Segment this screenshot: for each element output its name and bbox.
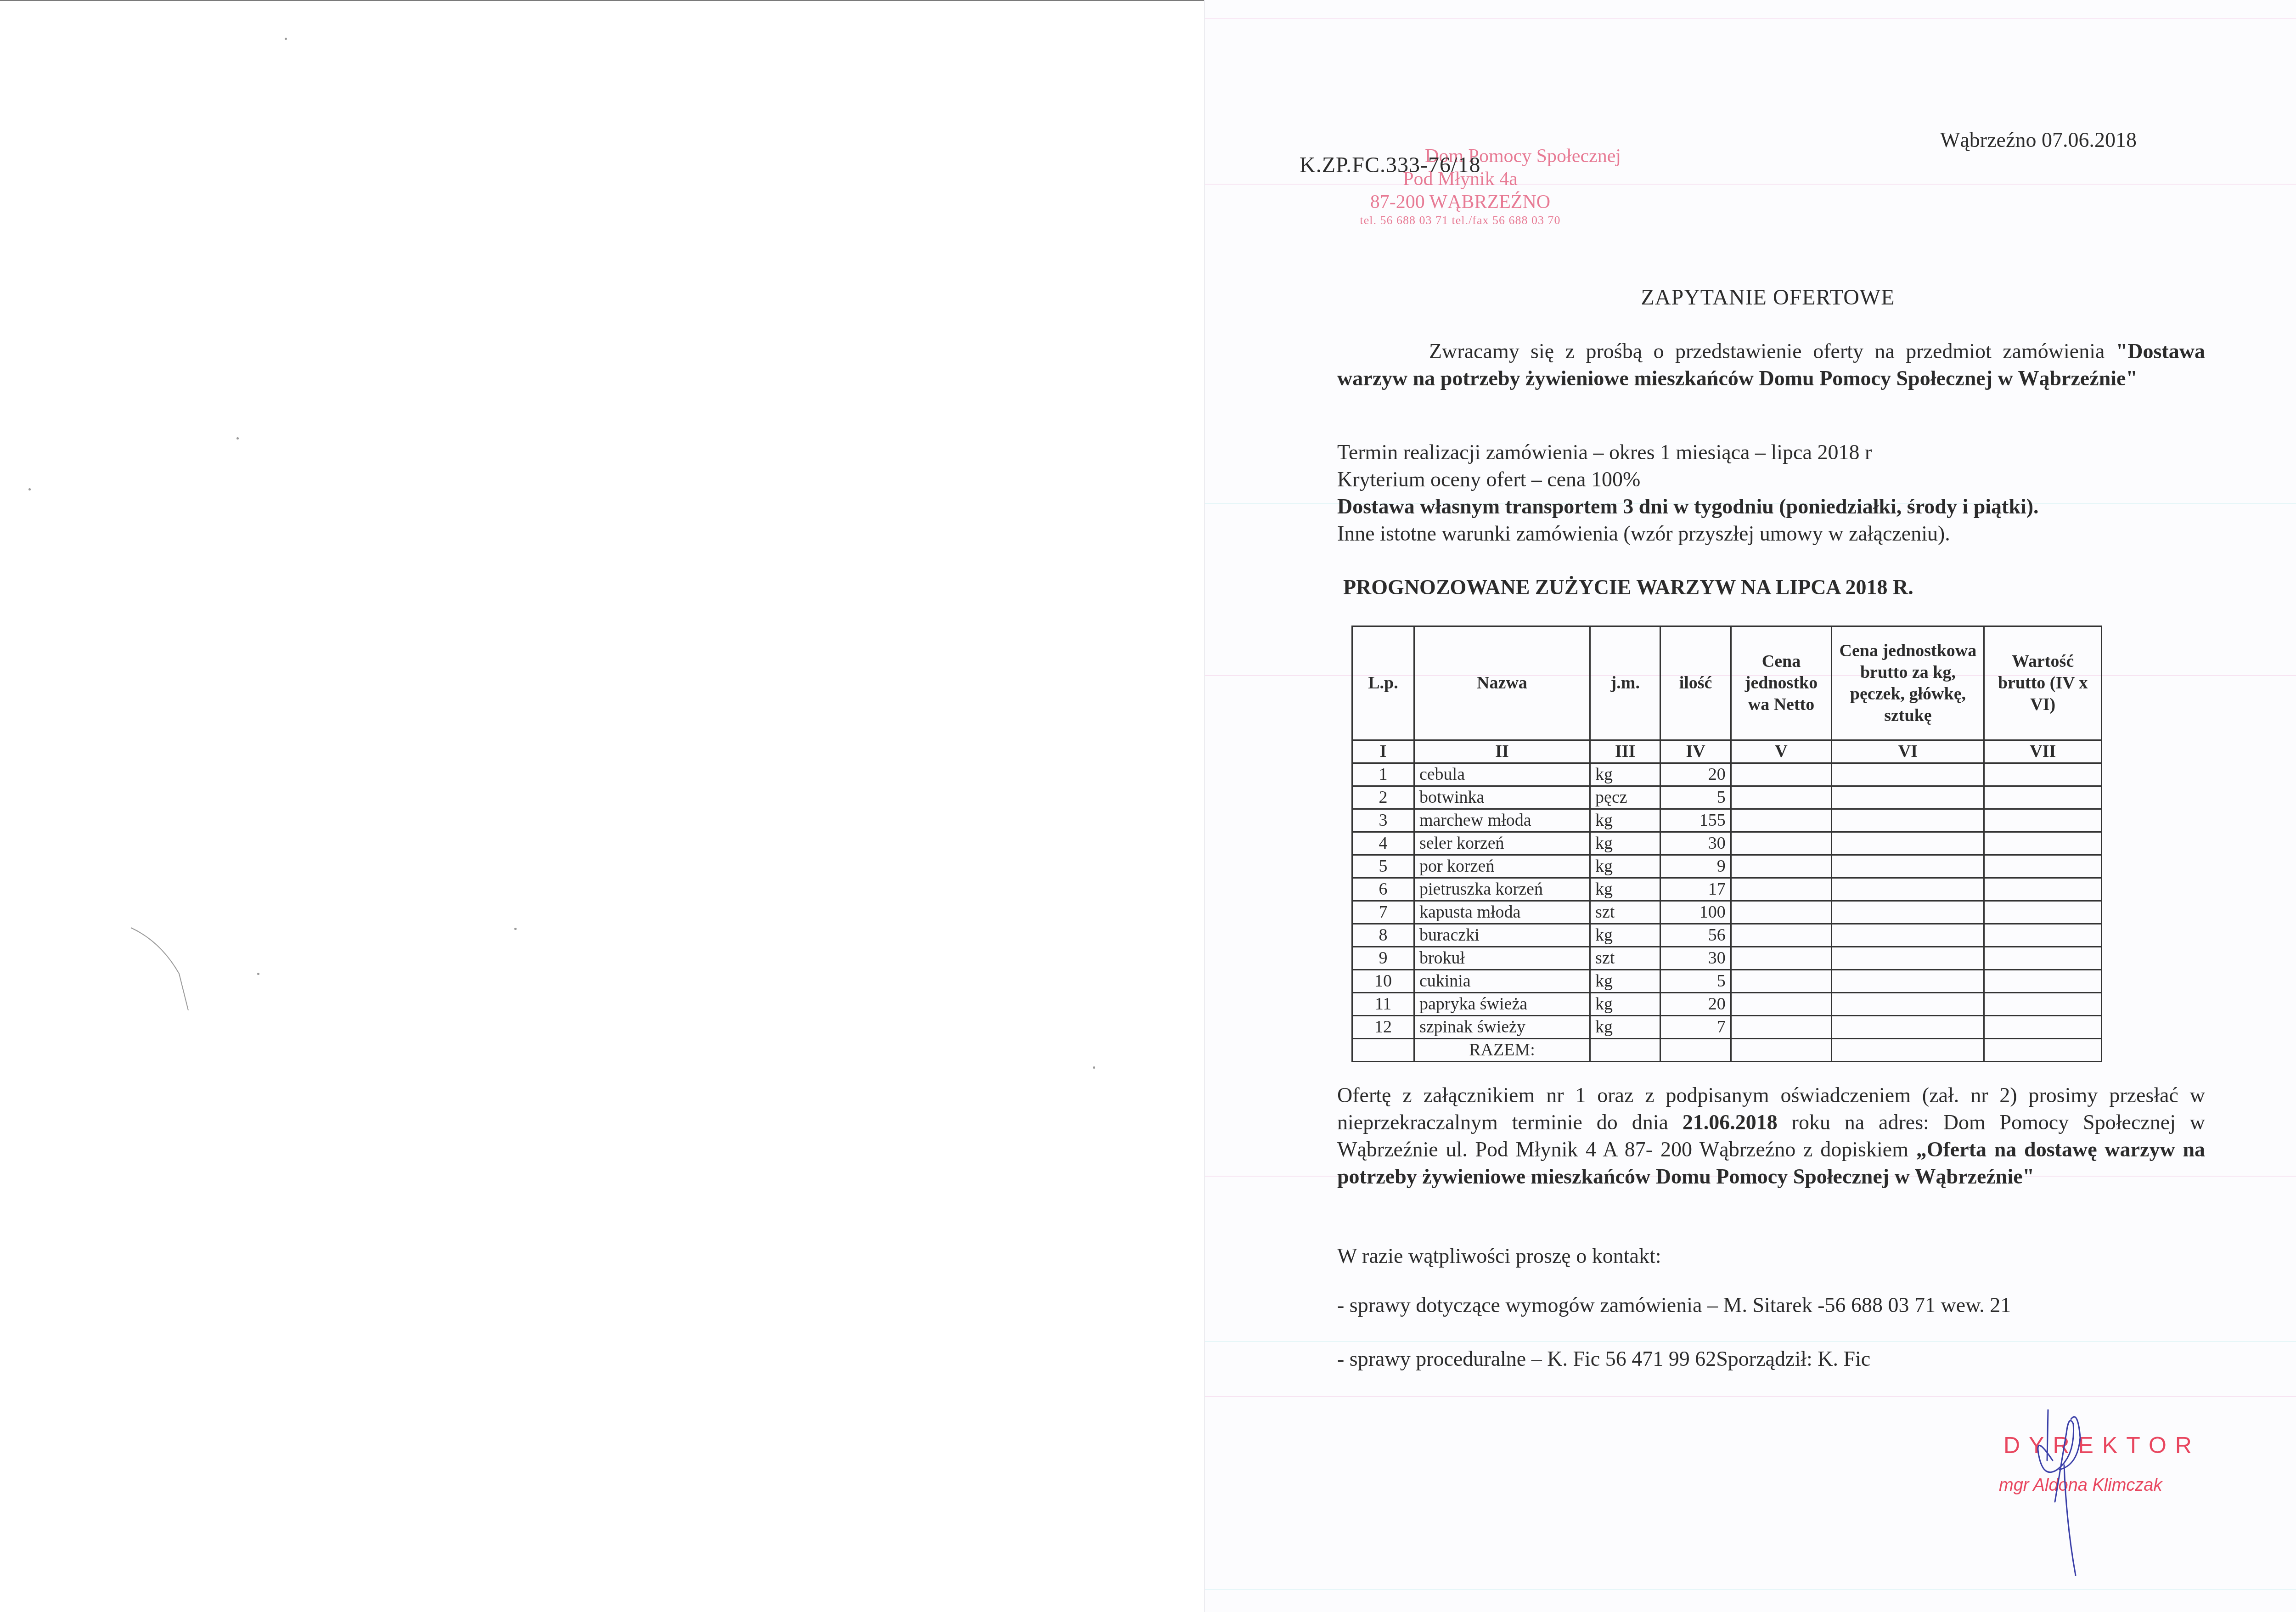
unit: kg [1590,993,1660,1016]
header-name: Nazwa [1414,626,1590,740]
gross-value [1984,901,2102,924]
roman-label: II [1414,740,1590,763]
gross-price [1832,878,1984,901]
table-row: 11papryka świeżakg20 [1352,993,2102,1016]
quantity: 155 [1660,809,1731,832]
net-price [1731,1016,1832,1039]
row-number: 5 [1352,855,1414,878]
vegetable-name: seler korzeń [1414,832,1590,855]
net-price [1731,832,1832,855]
table-row: 1cebulakg20 [1352,763,2102,786]
gross-value [1984,878,2102,901]
unit: kg [1590,970,1660,993]
contact-heading: W razie wątpliwości proszę o kontakt: [1337,1244,1661,1268]
table-row: 8buraczkikg56 [1352,924,2102,947]
gross-value [1984,947,2102,970]
header-qty: ilość [1660,626,1731,740]
gross-price [1832,901,1984,924]
gross-value [1984,832,2102,855]
unit: szt [1590,947,1660,970]
net-price [1731,786,1832,809]
order-terms: Termin realizacji zamówienia – okres 1 m… [1337,439,2039,547]
vegetable-name: pietruszka korzeń [1414,878,1590,901]
vegetable-name: marchew młoda [1414,809,1590,832]
page-edge [0,0,1204,1]
table-title: PROGNOZOWANE ZUŻYCIE WARZYW NA LIPCA 201… [1343,575,1913,599]
gross-price [1832,970,1984,993]
row-number: 9 [1352,947,1414,970]
unit: kg [1590,832,1660,855]
document-title: ZAPYTANIE OFERTOWE [1322,285,2213,310]
row-number: 3 [1352,809,1414,832]
stamp-phone: tel. 56 688 03 71 tel./fax 56 688 03 70 [1295,214,1626,227]
table-row: 6pietruszka korzeńkg17 [1352,878,2102,901]
header-gross-price: Cena jednostkowa brutto za kg, pęczek, g… [1832,626,1984,740]
gross-value [1984,786,2102,809]
net-price [1731,924,1832,947]
gross-price [1832,786,1984,809]
quantity: 20 [1660,763,1731,786]
gross-value [1984,763,2102,786]
net-price [1731,947,1832,970]
scan-speck [28,488,31,490]
quantity: 30 [1660,832,1731,855]
total-label: RAZEM: [1414,1039,1590,1062]
vegetable-name: cukinia [1414,970,1590,993]
reference-number: K.ZP.FC.333-76/18 [1300,152,1480,178]
term-deadline: Termin realizacji zamówienia – okres 1 m… [1337,439,2039,466]
roman-label: IV [1660,740,1731,763]
unit: pęcz [1590,786,1660,809]
roman-label: III [1590,740,1660,763]
net-price [1731,901,1832,924]
table-row: 4seler korzeńkg30 [1352,832,2102,855]
gross-price [1832,832,1984,855]
quantity: 100 [1660,901,1731,924]
place-date: Wąbrzeźno 07.06.2018 [1940,128,2137,152]
gross-value [1984,855,2102,878]
unit: kg [1590,924,1660,947]
row-number: 10 [1352,970,1414,993]
scan-smudge [129,923,211,1015]
gross-value [1984,970,2102,993]
blank-left-page [0,0,1205,1612]
gross-value [1984,1016,2102,1039]
table-row: 10cukiniakg5 [1352,970,2102,993]
table-roman-row: I II III IV V VI VII [1352,740,2102,763]
deadline-date: 21.06.2018 [1683,1110,1778,1134]
consumption-table: L.p. Nazwa j.m. ilość Cena jednostko wa … [1351,626,2102,1062]
table-row: 2botwinkapęcz5 [1352,786,2102,809]
quantity: 5 [1660,786,1731,809]
row-number: 2 [1352,786,1414,809]
net-price [1731,809,1832,832]
contact-requirements: - sprawy dotyczące wymogów zamówienia – … [1337,1293,2011,1317]
total-empty [1352,1039,1414,1062]
row-number: 4 [1352,832,1414,855]
gross-value [1984,993,2102,1016]
total-cell [1984,1039,2102,1062]
header-unit: j.m. [1590,626,1660,740]
gross-price [1832,947,1984,970]
row-number: 1 [1352,763,1414,786]
unit: kg [1590,763,1660,786]
quantity: 30 [1660,947,1731,970]
unit: kg [1590,855,1660,878]
contact-procedural: - sprawy proceduralne – K. Fic 56 471 99… [1337,1347,1870,1371]
total-cell [1590,1039,1660,1062]
roman-label: I [1352,740,1414,763]
quantity: 7 [1660,1016,1731,1039]
row-number: 7 [1352,901,1414,924]
quantity: 17 [1660,878,1731,901]
header-lp: L.p. [1352,626,1414,740]
unit: kg [1590,809,1660,832]
table-row: 5por korzeńkg9 [1352,855,2102,878]
net-price [1731,970,1832,993]
total-cell [1731,1039,1832,1062]
roman-label: VII [1984,740,2102,763]
table-row: 12szpinak świeżykg7 [1352,1016,2102,1039]
intro-text: Zwracamy się z prośbą o przedstawienie o… [1429,339,2105,363]
unit: kg [1590,878,1660,901]
vegetable-name: por korzeń [1414,855,1590,878]
unit: kg [1590,1016,1660,1039]
scan-speck [236,437,239,440]
gross-price [1832,1016,1984,1039]
vegetable-name: botwinka [1414,786,1590,809]
stamp-city: 87-200 WĄBRZEŹNO [1295,191,1626,214]
closing-paragraph: Ofertę z załącznikiem nr 1 oraz z podpis… [1337,1082,2205,1190]
total-cell [1832,1039,1984,1062]
table-row: 3marchew młodakg155 [1352,809,2102,832]
row-number: 11 [1352,993,1414,1016]
header-gross-value: Wartość brutto (IV x VI) [1984,626,2102,740]
net-price [1731,855,1832,878]
scan-speck [285,38,287,40]
vegetable-name: kapusta młoda [1414,901,1590,924]
gross-price [1832,855,1984,878]
term-delivery: Dostawa własnym transportem 3 dni w tygo… [1337,493,2039,520]
gross-price [1832,809,1984,832]
handwritten-signature [2025,1405,2108,1584]
scan-speck [1093,1066,1095,1069]
row-number: 12 [1352,1016,1414,1039]
vegetable-name: cebula [1414,763,1590,786]
net-price [1731,878,1832,901]
table-total-row: RAZEM: [1352,1039,2102,1062]
term-other: Inne istotne warunki zamówienia (wzór pr… [1337,520,2039,547]
vegetable-name: szpinak świeży [1414,1016,1590,1039]
net-price [1731,763,1832,786]
gross-price [1832,763,1984,786]
gross-value [1984,924,2102,947]
quantity: 20 [1660,993,1731,1016]
gross-price [1832,924,1984,947]
roman-label: VI [1832,740,1984,763]
quantity: 56 [1660,924,1731,947]
roman-label: V [1731,740,1832,763]
intro-paragraph: Zwracamy się z prośbą o przedstawienie o… [1337,338,2205,392]
vegetable-name: papryka świeża [1414,993,1590,1016]
header-net-price: Cena jednostko wa Netto [1731,626,1832,740]
table-header-row: L.p. Nazwa j.m. ilość Cena jednostko wa … [1352,626,2102,740]
row-number: 6 [1352,878,1414,901]
net-price [1731,993,1832,1016]
gross-value [1984,809,2102,832]
table-row: 9brokułszt30 [1352,947,2102,970]
gross-price [1832,993,1984,1016]
scan-speck [257,973,259,975]
scan-speck [514,928,517,930]
vegetable-name: brokuł [1414,947,1590,970]
row-number: 8 [1352,924,1414,947]
term-criterion: Kryterium oceny ofert – cena 100% [1337,466,2039,493]
vegetable-name: buraczki [1414,924,1590,947]
table-row: 7kapusta młodaszt100 [1352,901,2102,924]
quantity: 9 [1660,855,1731,878]
unit: szt [1590,901,1660,924]
quantity: 5 [1660,970,1731,993]
total-cell [1660,1039,1731,1062]
